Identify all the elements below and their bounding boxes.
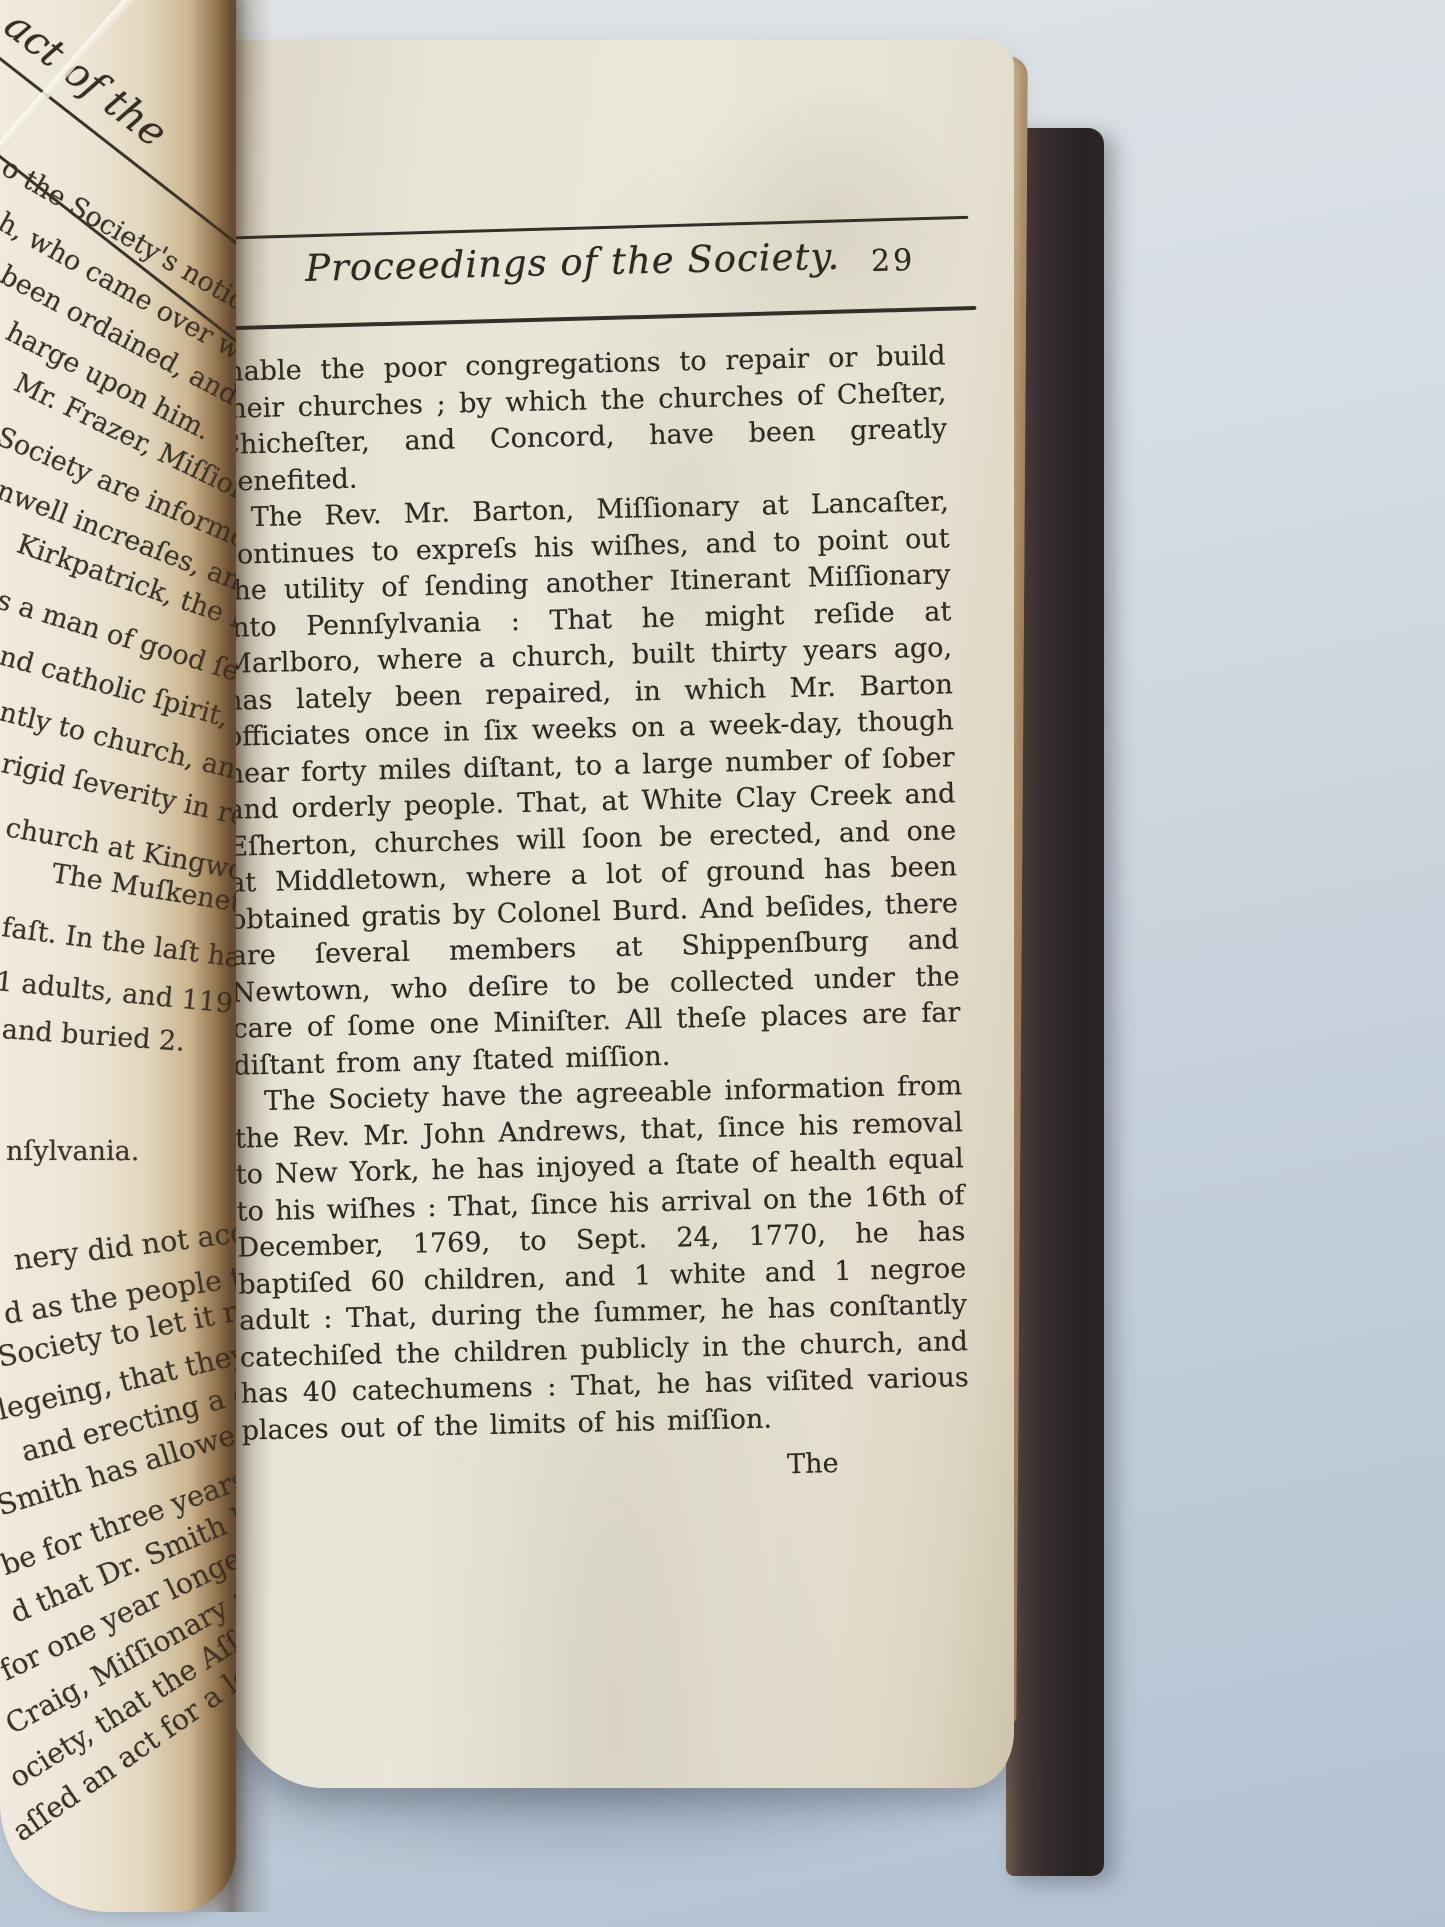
right-page-content: Proceedings of the Society. 29 inable th… <box>194 31 1033 1797</box>
right-page: Proceedings of the Society. 29 inable th… <box>214 40 1014 1788</box>
photo-background: Proceedings of the Society. 29 inable th… <box>0 0 1445 1927</box>
page-body-text: inable the poor congregations to repair … <box>217 338 971 1496</box>
catchword: The <box>242 1443 971 1496</box>
running-header-title: Proceedings of the Society. <box>305 235 841 290</box>
header-rule-top <box>215 216 969 240</box>
left-page-text-fragment: faſt. In the laſt hal <box>0 912 236 975</box>
header-rule-bottom <box>213 306 977 331</box>
left-page-text-fragment: and buried 2. <box>1 1014 186 1058</box>
paragraph: The Society have the agreeable informati… <box>234 1068 970 1449</box>
left-page-text-fragment: nſylvania. <box>6 1136 139 1167</box>
page-number: 29 <box>871 243 916 279</box>
paragraph: The Rev. Mr. Barton, Miſſionary at Lanca… <box>221 484 962 1084</box>
left-page: act of the o the Society's notic h, who … <box>0 0 236 1912</box>
paragraph: inable the poor congregations to repair … <box>217 338 948 500</box>
